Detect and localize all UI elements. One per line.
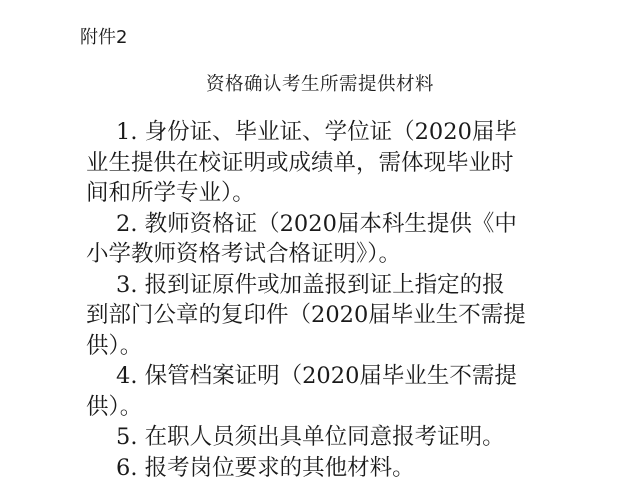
list-item-4-line-1: 4. 保管档案证明（2020届毕业生不需提 (86, 361, 556, 392)
list-item-1-line-3: 间和所学专业）。 (86, 178, 556, 209)
list-item-4-line-2: 供）。 (86, 392, 556, 423)
page-title: 资格确认考生所需提供材料 (0, 72, 640, 98)
list-item-3-line-1: 3. 报到证原件或加盖报到证上指定的报 (86, 270, 556, 301)
list-item-3-line-2: 到部门公章的复印件（2020届毕业生不需提 (86, 300, 556, 331)
list-item-1-line-2: 业生提供在校证明或成绩单，需体现毕业时 (86, 148, 556, 179)
materials-list: 1. 身份证、毕业证、学位证（2020届毕 业生提供在校证明或成绩单，需体现毕业… (86, 117, 556, 483)
attachment-label: 附件2 (80, 26, 127, 50)
list-item-6: 6. 报考岗位要求的其他材料。 (86, 453, 556, 484)
list-item-2-line-1: 2. 教师资格证（2020届本科生提供《中 (86, 209, 556, 240)
list-item-2-line-2: 小学教师资格考试合格证明》）。 (86, 239, 556, 270)
list-item-3-line-3: 供）。 (86, 331, 556, 362)
list-item-5: 5. 在职人员须出具单位同意报考证明。 (86, 422, 556, 453)
list-item-1-line-1: 1. 身份证、毕业证、学位证（2020届毕 (86, 117, 556, 148)
